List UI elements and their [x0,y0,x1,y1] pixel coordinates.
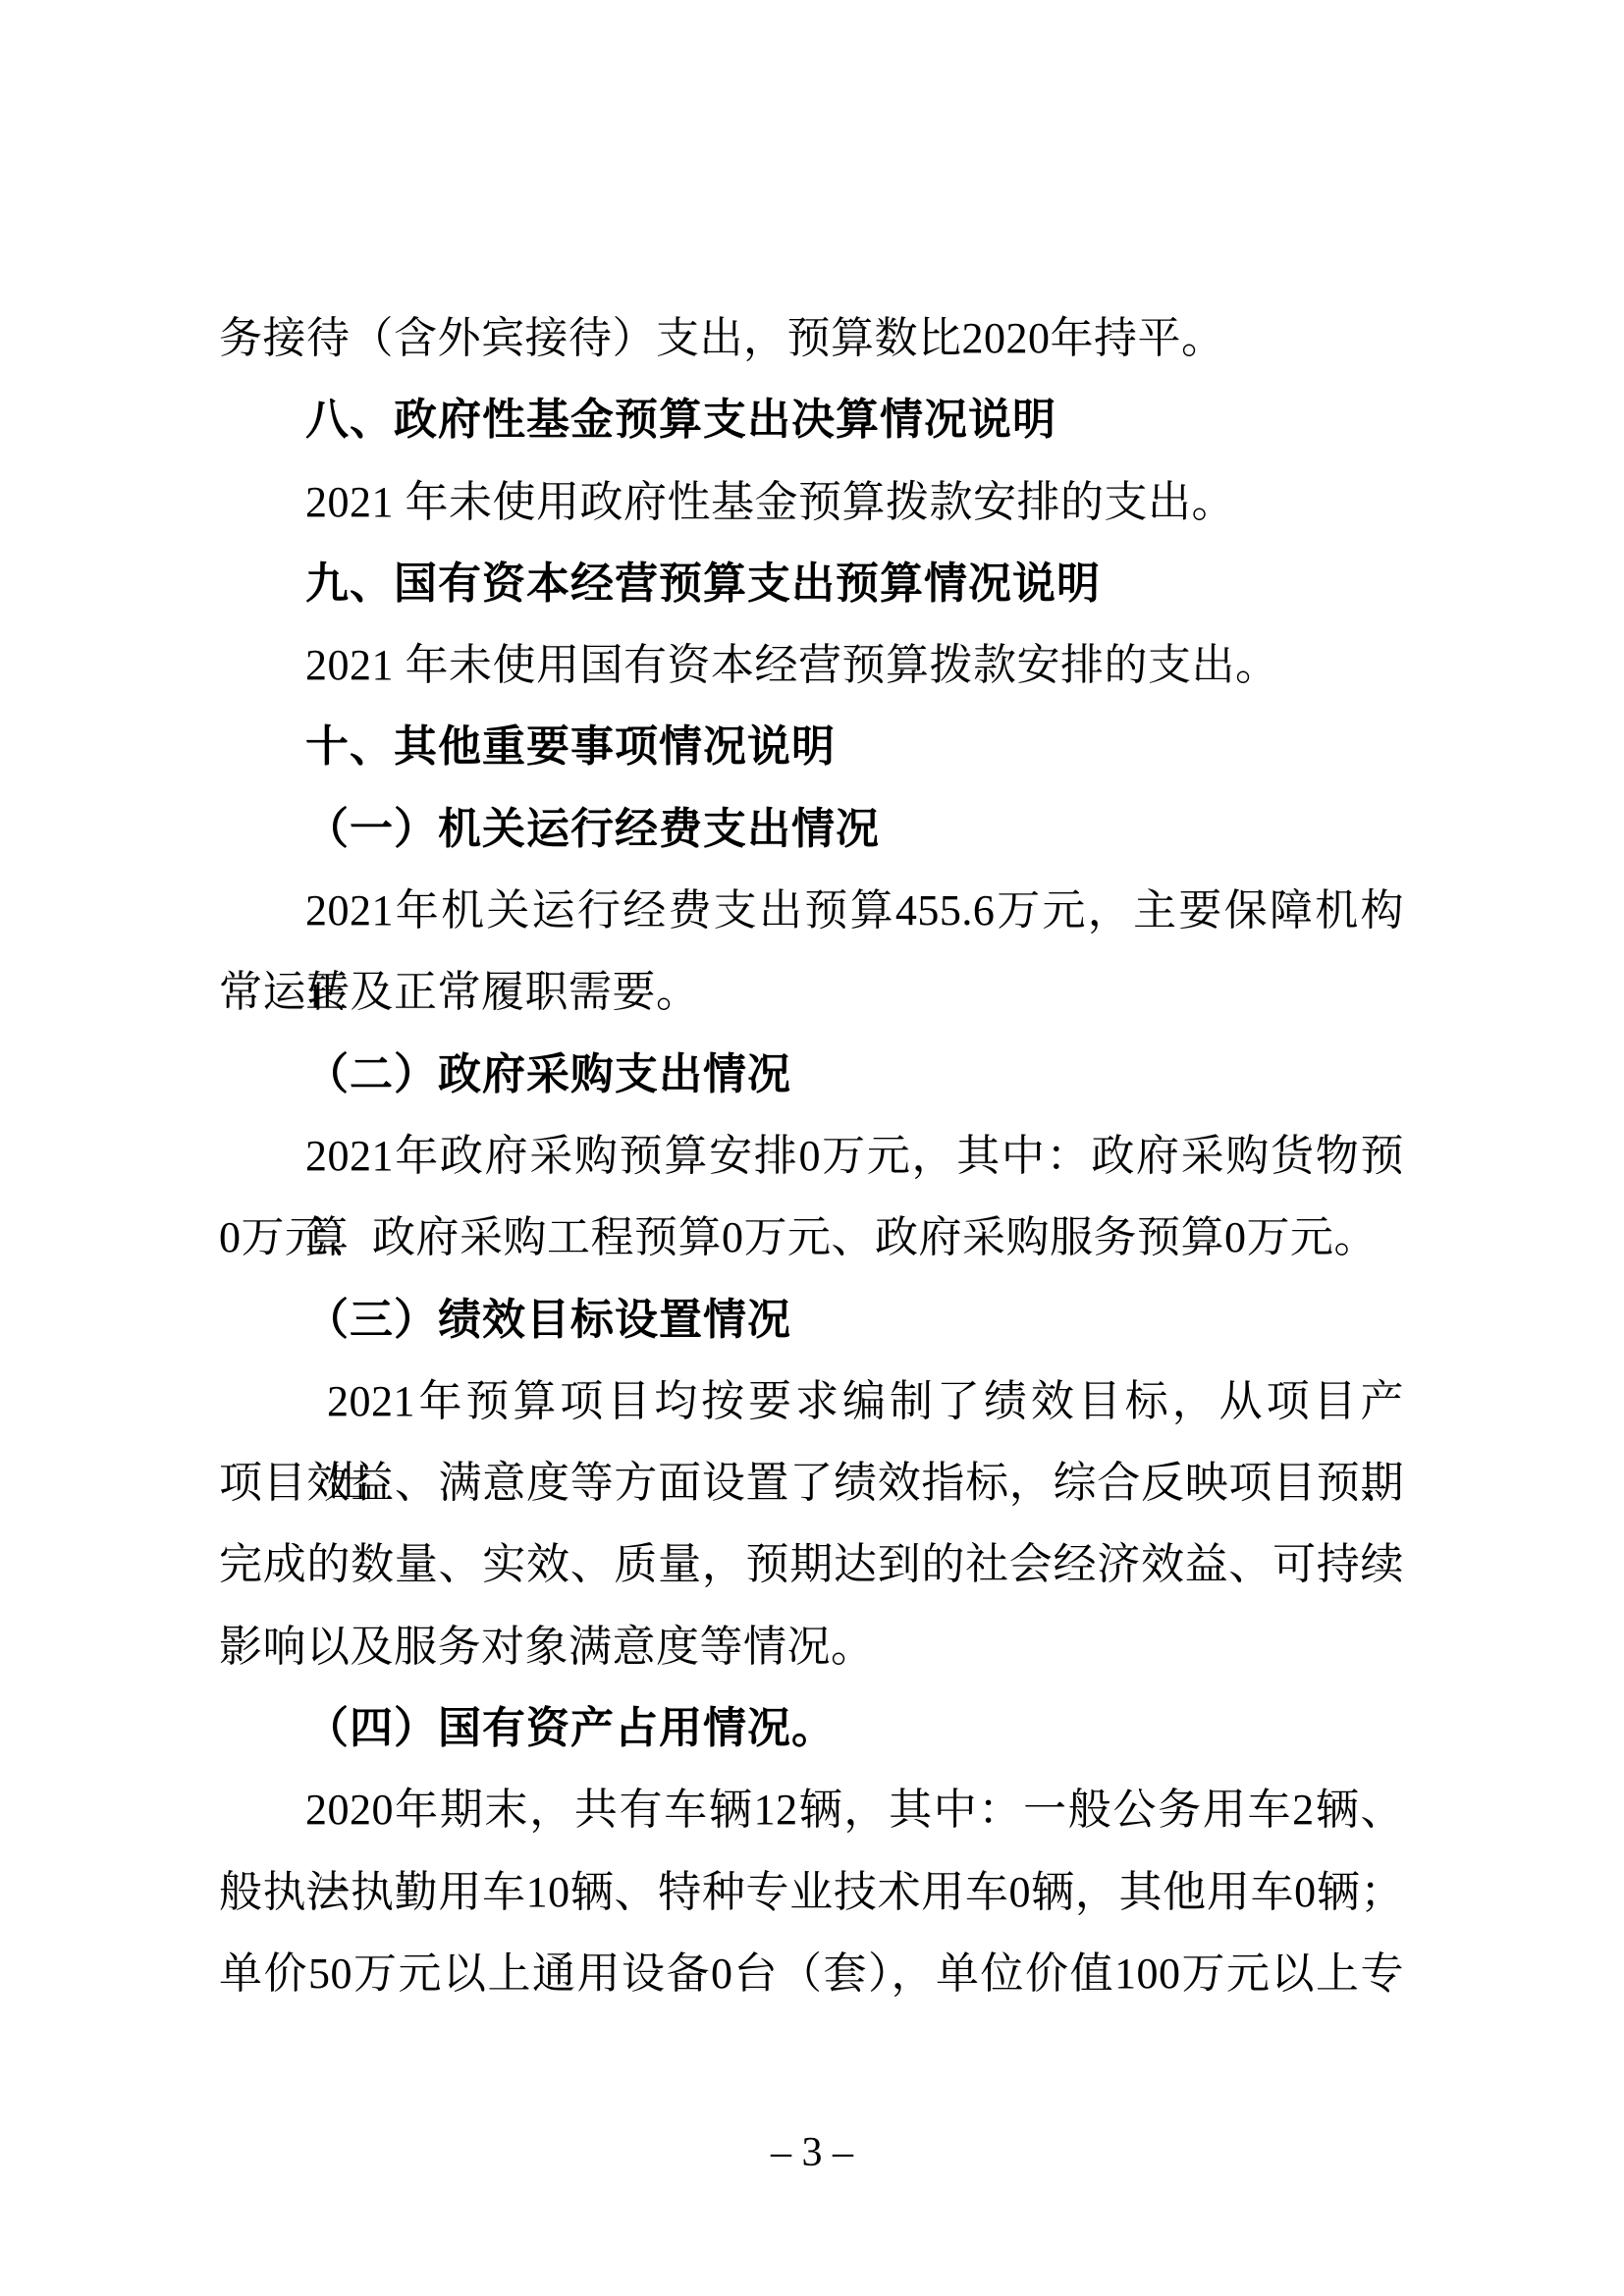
section-heading: 十、其他重要事项情况说明 [219,706,1404,787]
section-heading: （四）国有资产占用情况。 [219,1687,1404,1769]
paragraph-line: 完成的数量、实效、质量，预期达到的社会经济效益、可持续 [219,1523,1404,1605]
paragraph-line: 2021年预算项目均按要求编制了绩效目标，从项目产出、 [219,1361,1404,1442]
document-page: 务接待（含外宾接待）支出，预算数比2020年持平。八、政府性基金预算支出决算情况… [0,0,1624,2296]
paragraph-line: 2021年政府采购预算安排0万元，其中：政府采购货物预算 [219,1115,1404,1197]
paragraph-line: 2021年机关运行经费支出预算455.6万元，主要保障机构正 [219,870,1404,951]
paragraph-line: 常运转及正常履职需要。 [219,951,1404,1033]
paragraph-line: 影响以及服务对象满意度等情况。 [219,1606,1404,1687]
section-heading: （二）政府采购支出情况 [219,1034,1404,1115]
paragraph-line: 0万元、政府采购工程预算0万元、政府采购服务预算0万元。 [219,1197,1404,1278]
section-heading: （三）绩效目标设置情况 [219,1279,1404,1361]
paragraph-line: 项目效益、满意度等方面设置了绩效指标，综合反映项目预期 [219,1442,1404,1523]
section-heading: 九、国有资本经营预算支出预算情况说明 [219,543,1404,624]
document-body: 务接待（含外宾接待）支出，预算数比2020年持平。八、政府性基金预算支出决算情况… [219,297,1404,2014]
paragraph-line: 2021 年未使用政府性基金预算拨款安排的支出。 [219,461,1404,543]
paragraph-line: 务接待（含外宾接待）支出，预算数比2020年持平。 [219,297,1404,379]
paragraph-line: 单价50万元以上通用设备0台（套），单位价值100万元以上专 [219,1933,1404,2014]
section-heading: 八、政府性基金预算支出决算情况说明 [219,379,1404,460]
page-number: – 3 – [0,2128,1624,2177]
paragraph-line: 2021 年未使用国有资本经营预算拨款安排的支出。 [219,624,1404,706]
paragraph-line: 2020年期末，共有车辆12辆，其中：一般公务用车2辆、一 [219,1769,1404,1850]
section-heading: （一）机关运行经费支出情况 [219,788,1404,870]
paragraph-line: 般执法执勤用车10辆、特种专业技术用车0辆，其他用车0辆； [219,1851,1404,1933]
